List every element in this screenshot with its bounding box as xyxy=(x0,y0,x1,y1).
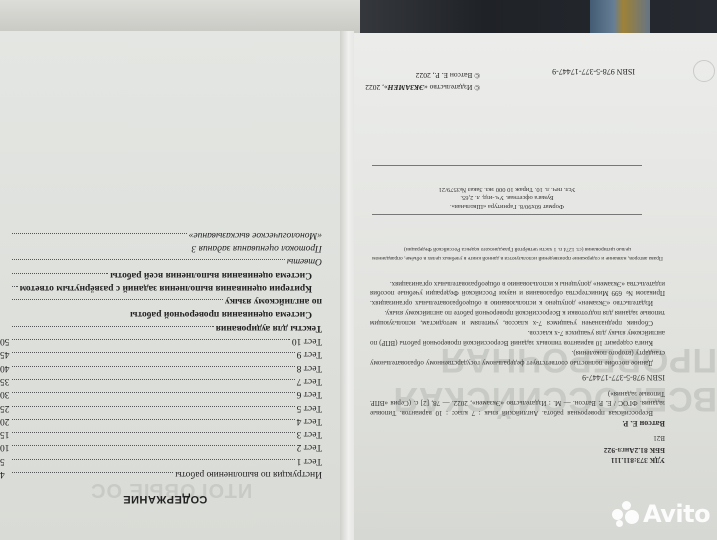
toc-entry-page: 30 xyxy=(0,389,10,399)
toc-entry-page: 40 xyxy=(0,363,10,373)
page-circle-mark xyxy=(693,60,715,82)
toc-entry: Тест 840 xyxy=(0,359,330,372)
bbk-code: ББК 81.2Англ-922 xyxy=(370,446,665,456)
toc-leader-dots xyxy=(12,286,18,287)
toc-entry: Тест 945 xyxy=(0,346,330,359)
avito-brand: Avito xyxy=(643,500,710,528)
toc-entry: Тест 630 xyxy=(0,386,330,399)
toc-entry-label: Тест 3 xyxy=(297,429,330,439)
udk-code: УДК 373:811.111 xyxy=(370,456,665,466)
format-line-2: Бумага офсетная. Уч.-изд. л. 2,65. xyxy=(372,193,642,202)
imprint-block: УДК 373:811.111 ББК 81.2Англ-922 В21 Ват… xyxy=(370,255,665,465)
book-cover-edge xyxy=(0,0,360,34)
toc-entry: Тест 735 xyxy=(0,373,330,386)
toc-entry-page: 5 xyxy=(0,456,10,466)
rights-notice: Права авторов, название и содержание про… xyxy=(370,244,665,263)
toc-entry-page: 10 xyxy=(0,442,10,452)
toc-entry-label: Тест 4 xyxy=(297,416,330,426)
toc-entry-label: Система оценивания проверочной работы xyxy=(130,309,330,319)
avito-watermark: Avito xyxy=(612,500,710,528)
toc-entry-label: Критерии оценивания выполнения заданий с… xyxy=(20,283,330,293)
copyright-isbn: ISBN 978-5-377-17447-9 xyxy=(552,67,635,76)
toc-entry-label: Система оценивания выполнения всей работ… xyxy=(110,270,330,280)
book-gutter xyxy=(340,31,354,540)
abstract-1: Данное пособие полностью соответствует ф… xyxy=(370,348,665,367)
toc-entry: Ответы xyxy=(0,253,330,266)
toc-leader-dots xyxy=(12,299,223,300)
toc-entry-page: 20 xyxy=(0,416,10,426)
toc-entry-page: 50 xyxy=(0,336,10,346)
toc-leader-dots xyxy=(12,459,295,460)
copyright-publisher: © Издательство «ЭКЗАМЕН», 2022 xyxy=(365,83,480,92)
toc-entry-page: 25 xyxy=(0,403,10,413)
toc-entry-page: 45 xyxy=(0,349,10,359)
toc-leader-dots xyxy=(12,366,295,367)
toc-entry-label: Ответы xyxy=(287,256,330,266)
toc-leader-dots xyxy=(12,392,295,393)
toc-entry-label: Тест 1 xyxy=(297,456,330,466)
copyright-author: © Ватсон Е. Р., 2022 xyxy=(416,71,480,80)
toc-leader-dots xyxy=(12,352,295,353)
toc-entry: Система оценивания проверочной работы xyxy=(0,306,330,319)
avito-logo-icon xyxy=(612,501,640,527)
toc-entry: Критерии оценивания выполнения заданий с… xyxy=(0,280,330,293)
toc-entry-label: Протокол оценивания задания 3 xyxy=(191,243,330,253)
print-format-block: Формат 60х90/8. Гарнитура «Школьная». Бу… xyxy=(372,165,642,215)
toc-leader-dots xyxy=(12,339,290,340)
toc-entry-label: Тест 8 xyxy=(297,363,330,373)
isbn: ISBN 978-5-377-17447-9 xyxy=(370,373,665,383)
toc-leader-dots xyxy=(12,379,295,380)
toc-entry-label: Тексты для аудирования xyxy=(216,323,330,333)
toc-entry-label: Тест 5 xyxy=(297,403,330,413)
toc-entry-label: «Монологическое высказывание» xyxy=(189,230,330,240)
toc-entry: Тест 1050 xyxy=(0,333,330,346)
toc-entry: Протокол оценивания задания 3 xyxy=(0,240,330,253)
toc-entry: «Монологическое высказывание» xyxy=(0,226,330,239)
publisher-name: ЭКЗАМЕН xyxy=(388,83,424,92)
toc-leader-dots xyxy=(12,259,285,260)
toc-title: СОДЕРЖАНИЕ xyxy=(0,493,330,505)
toc-entry-label: Инструкция по выполнению работы xyxy=(175,469,330,479)
toc-entry-label: Тест 9 xyxy=(297,349,330,359)
toc-entry: Тест 420 xyxy=(0,413,330,426)
toc-leader-dots xyxy=(12,432,295,433)
toc-leader-dots xyxy=(12,326,214,327)
toc-leader-dots xyxy=(12,445,295,446)
toc-entry-label: Тест 2 xyxy=(297,442,330,452)
toc-entry: Инструкция по выполнению работы4 xyxy=(0,466,330,479)
toc-entry-page: 35 xyxy=(0,376,10,386)
bibliographic-description: Всероссийская проверочная работа. Англий… xyxy=(370,389,665,418)
toc-entry: Тест 315 xyxy=(0,426,330,439)
approval-text: Издательство «Экзамен» допущено к исполь… xyxy=(370,279,665,308)
toc-leader-dots xyxy=(12,472,173,473)
toc-leader-dots xyxy=(12,273,108,274)
toc-leader-dots xyxy=(12,233,187,234)
toc-entry-page: 15 xyxy=(0,429,10,439)
table-of-contents: СОДЕРЖАНИЕ Инструкция по выполнению рабо… xyxy=(0,235,330,505)
toc-entry: Тест 15 xyxy=(0,452,330,465)
toc-entry-label: Тест 7 xyxy=(297,376,330,386)
abstract-2: Книга содержит 10 вариантов типовых зада… xyxy=(370,328,665,347)
toc-entry-label: по английскому языку xyxy=(225,296,330,306)
toc-entry: Тест 210 xyxy=(0,439,330,452)
toc-entry-label: Тест 6 xyxy=(297,389,330,399)
toc-entry: Система оценивания выполнения всей работ… xyxy=(0,266,330,279)
toc-entry: по английскому языку xyxy=(0,293,330,306)
author-name: Ватсон Е. Р. xyxy=(370,419,665,429)
abstract-3: Сборник предназначен учащимся 7-х классо… xyxy=(370,308,665,327)
format-line-1: Формат 60х90/8. Гарнитура «Школьная». xyxy=(372,202,642,211)
copyright-block: ISBN 978-5-377-17447-9 © Ватсон Е. Р., 2… xyxy=(375,50,635,110)
series-code: В21 xyxy=(370,433,665,443)
toc-leader-dots xyxy=(12,419,295,420)
toc-leader-dots xyxy=(12,406,295,407)
toc-entry-label: Тест 10 xyxy=(292,336,330,346)
toc-entry-page: 4 xyxy=(0,469,10,479)
toc-entry: Тест 525 xyxy=(0,399,330,412)
toc-entry: Тексты для аудирования xyxy=(0,319,330,332)
format-line-3: Усл. печ. л. 10. Тираж 10 000 экз. Заказ… xyxy=(372,185,642,194)
